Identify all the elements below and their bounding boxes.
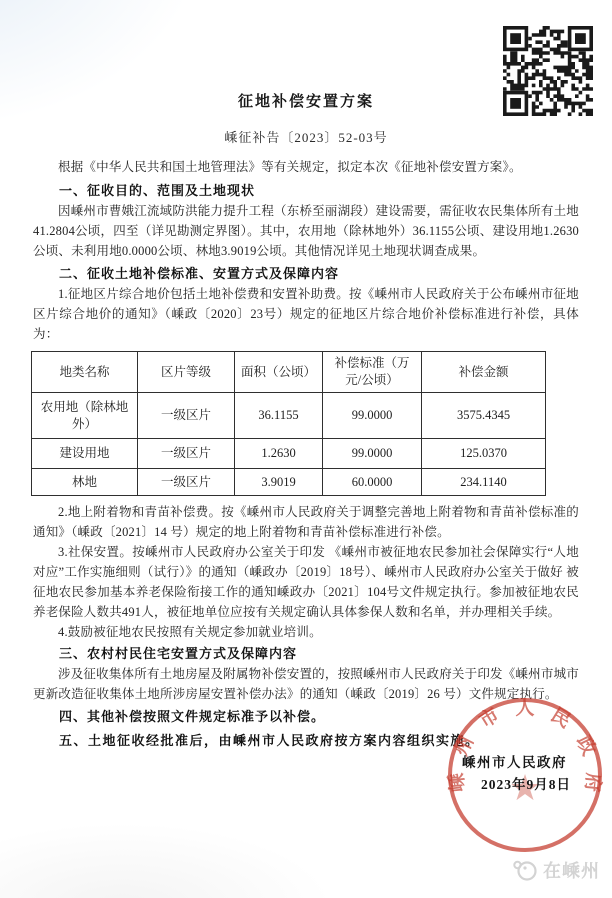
section-heading-housing: 三、农村村民住宅安置方式及保障内容 <box>33 644 579 664</box>
table-cell: 36.1155 <box>235 393 323 439</box>
signature-authority: 嵊州市人民政府 <box>462 751 567 771</box>
section-heading-compensation: 二、征收土地补偿标准、安置方式及保障内容 <box>33 264 579 284</box>
table-cell: 1.2630 <box>235 439 323 469</box>
watermark-logo-icon <box>512 858 538 882</box>
header-area: 面积（公顷） <box>235 352 323 393</box>
table-row: 农用地（除林地外） 一级区片 36.1155 99.0000 3575.4345 <box>32 393 546 439</box>
signature-date: 2023年9月8日 <box>481 773 571 793</box>
paragraph-housing: 涉及征收集体所有土地房屋及附属物补偿安置的，按照嵊州市人民政府关于印发《嵊州市城… <box>33 664 579 704</box>
table-cell: 林地 <box>32 469 138 496</box>
document-page: 征地补偿安置方案 嵊征补告〔2023〕52-03号 根据《中华人民共和国土地管理… <box>0 0 612 898</box>
header-amount: 补偿金额 <box>422 352 546 393</box>
table-cell: 60.0000 <box>323 469 422 496</box>
table-cell: 一级区片 <box>138 469 235 496</box>
paragraph-attachments: 2.地上附着物和青苗补偿费。按《嵊州市人民政府关于调整完善地上附着物和青苗补偿标… <box>33 502 579 542</box>
watermark-text: 在嵊州 <box>543 857 600 883</box>
section-heading-purpose: 一、征收目的、范围及土地现状 <box>33 181 579 201</box>
clause-other-compensation: 四、其他补偿按照文件规定标准予以补偿。 <box>33 707 579 727</box>
header-zone-level: 区片等级 <box>138 352 235 393</box>
header-standard: 补偿标准（万元/公顷） <box>323 352 422 393</box>
paragraph-training: 4.鼓励被征地农民按照有关规定参加就业培训。 <box>33 622 579 642</box>
table-cell: 99.0000 <box>323 439 422 469</box>
paragraph-land-status: 因嵊州市曹娥江流域防洪能力提升工程（东桥至丽湖段）建设需要，需征收农民集体所有土… <box>33 201 579 261</box>
table-cell: 一级区片 <box>138 393 235 439</box>
table-cell: 一级区片 <box>138 439 235 469</box>
table-header-row: 地类名称 区片等级 面积（公顷） 补偿标准（万元/公顷） 补偿金额 <box>32 352 546 393</box>
table-cell: 农用地（除林地外） <box>32 393 138 439</box>
table-cell: 3575.4345 <box>422 393 546 439</box>
qr-code-icon <box>503 26 593 116</box>
doc-number: 嵊征补告〔2023〕52-03号 <box>33 127 579 146</box>
paragraph-social-security: 3.社保安置。按嵊州市人民政府办公室关于印发 《嵊州市被征地农民参加社会保障实行… <box>33 542 579 622</box>
table-cell: 234.1140 <box>422 469 546 496</box>
table-cell: 建设用地 <box>32 439 138 469</box>
table-cell: 3.9019 <box>235 469 323 496</box>
clause-implementation: 五、土地征收经批准后，由嵊州市人民政府按方案内容组织实施。 <box>33 731 579 751</box>
intro-paragraph: 根据《中华人民共和国土地管理法》等有关规定，拟定本次《征地补偿安置方案》。 <box>33 157 579 177</box>
page-title: 征地补偿安置方案 <box>33 92 579 112</box>
table-cell: 125.0370 <box>422 439 546 469</box>
table-row: 林地 一级区片 3.9019 60.0000 234.1140 <box>32 469 546 496</box>
compensation-table: 地类名称 区片等级 面积（公顷） 补偿标准（万元/公顷） 补偿金额 农用地（除林… <box>31 351 546 496</box>
watermark: 在嵊州 <box>512 857 600 883</box>
table-cell: 99.0000 <box>323 393 422 439</box>
paragraph-comprehensive-price: 1.征地区片综合地价包括土地补偿费和安置补助费。按《嵊州市人民政府关于公布嵊州市… <box>33 284 579 344</box>
document-body: 征地补偿安置方案 嵊征补告〔2023〕52-03号 根据《中华人民共和国土地管理… <box>33 0 579 751</box>
table-row: 建设用地 一级区片 1.2630 99.0000 125.0370 <box>32 439 546 469</box>
header-land-type: 地类名称 <box>32 352 138 393</box>
